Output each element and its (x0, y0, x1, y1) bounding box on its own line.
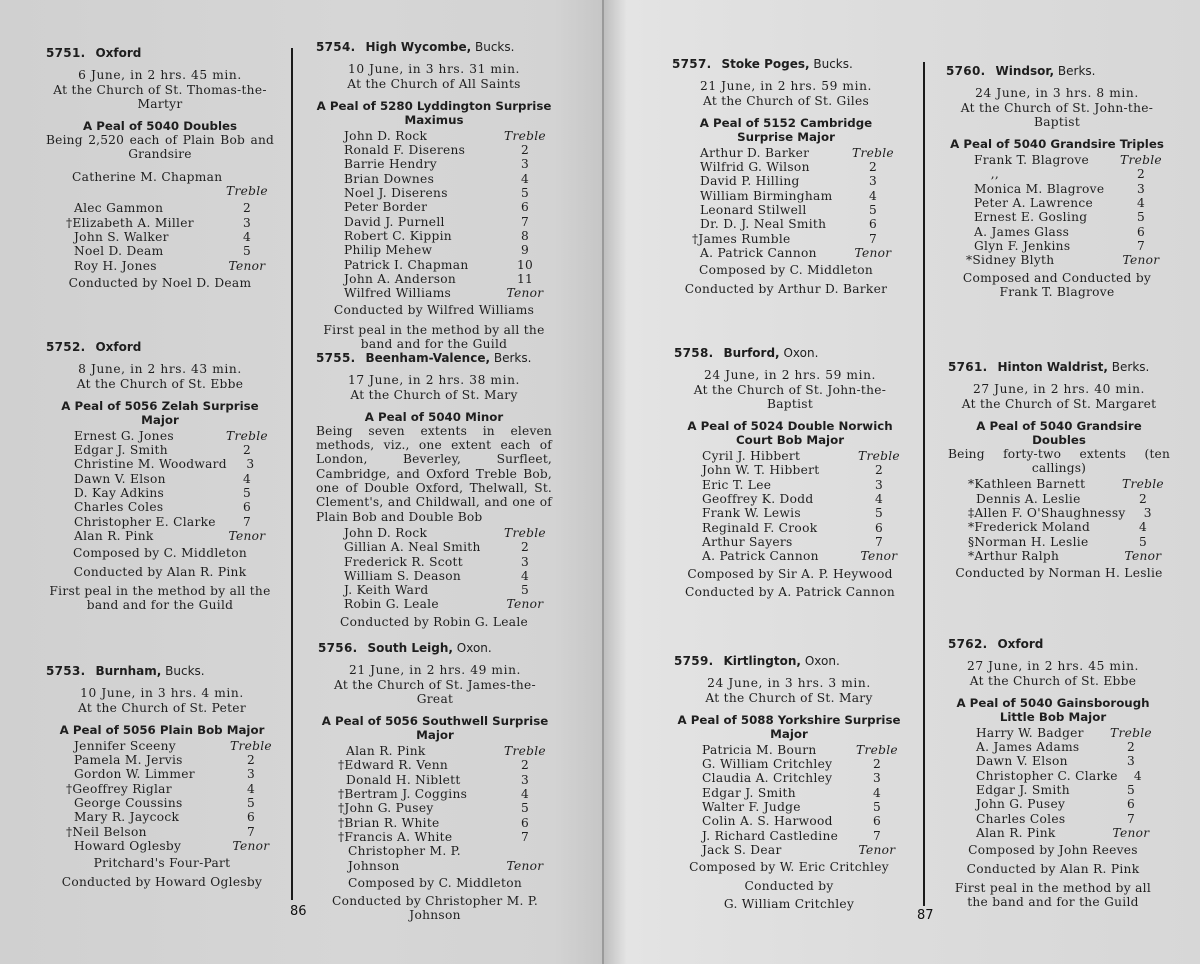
entry-header: 5760.Windsor, Berks. (946, 64, 1168, 78)
column-rule-left (291, 48, 293, 900)
bell-position: 2 (852, 463, 906, 477)
peal-date: 24 June, in 2 hrs. 59 min. (674, 368, 906, 382)
peal-place: Hinton Waldrist, (997, 360, 1107, 374)
peal-entry: 5754.High Wycombe, Bucks.10 June, in 3 h… (316, 40, 552, 351)
ringer-row: Pamela M. Jervis2 (46, 753, 278, 767)
bell-position: 5 (224, 796, 278, 810)
peal-number: 5762. (948, 637, 987, 651)
ringer-row: Noel D. Deam5 (46, 244, 274, 258)
peal-church: At the Church of All Saints (316, 77, 552, 91)
band-list: Ernest G. JonesTrebleEdgar J. Smith2Chri… (46, 429, 274, 543)
band-list: Catherine M. ChapmanTrebleAlec Gammon2†E… (46, 170, 274, 273)
ringer-row: Edgar J. Smith5 (948, 783, 1158, 797)
peal-title: A Peal of 5280 Lyddington Surprise Maxim… (316, 99, 552, 127)
ringer-name: David P. Hilling (700, 174, 800, 188)
ringer-name: †Neil Belson (66, 825, 147, 839)
ringer-row: Dr. D. J. Neal Smith6 (672, 217, 900, 231)
ringer-row: Harry W. BadgerTreble (948, 726, 1158, 740)
entry-header: 5753.Burnham, Bucks. (46, 664, 278, 678)
peal-note: Being 2,520 each of Plain Bob and Grands… (46, 133, 274, 162)
bell-position: 2 (220, 443, 274, 457)
ringer-row: Gordon W. Limmer3 (46, 767, 278, 781)
bell-position: Treble (498, 526, 552, 540)
peal-county: Bucks. (165, 664, 204, 678)
bell-position: 4 (498, 172, 552, 186)
ringer-row: †Elizabeth A. Miller3 (46, 216, 274, 230)
entry-header: 5759.Kirtlington, Oxon. (674, 654, 904, 668)
bell-position: Treble (850, 743, 904, 757)
ringer-row: Wilfred WilliamsTenor (316, 286, 552, 300)
page-number-left: 86 (290, 904, 307, 919)
ringer-row: Dennis A. Leslie2 (948, 492, 1170, 506)
ringer-row: †John G. Pusey5 (318, 801, 552, 815)
peal-footer-line: Conducted by Alan R. Pink (948, 862, 1158, 876)
peal-entry: 5762.Oxford 27 June, in 2 hrs. 45 min.At… (948, 637, 1158, 909)
bell-position: Tenor (1104, 826, 1158, 840)
ringer-name: Reginald F. Crook (702, 521, 817, 535)
bell-position: 2 (498, 143, 552, 157)
ringer-row: Roy H. JonesTenor (46, 259, 274, 273)
ringer-name: †Geoffrey Riglar (66, 782, 172, 796)
ringer-name: Peter Border (344, 200, 427, 214)
peal-church: At the Church of St. Thomas-the-Martyr (46, 83, 274, 112)
peal-county: Berks. (494, 351, 532, 365)
ringer-row: Dawn V. Elson3 (948, 754, 1158, 768)
ringer-name: Walter F. Judge (702, 800, 801, 814)
ringer-row: Patrick I. Chapman10 (316, 258, 552, 272)
ringer-name: Edgar J. Smith (702, 786, 796, 800)
ringer-row: Christine M. Woodward3 (46, 457, 274, 471)
bell-position: 4 (498, 569, 552, 583)
peal-place: Oxford (95, 340, 141, 354)
ringer-row: Edgar J. Smith4 (674, 786, 904, 800)
peal-footer-line: Composed by C. Middleton (46, 546, 274, 560)
ringer-name: †James Rumble (692, 232, 791, 246)
bell-position: 10 (498, 258, 552, 272)
ringer-row: Patricia M. BournTreble (674, 743, 904, 757)
ringer-row: Glyn F. Jenkins7 (946, 239, 1168, 253)
ringer-name: Jack S. Dear (702, 843, 782, 857)
ringer-row: †Bertram J. Coggins4 (318, 787, 552, 801)
ringer-name: Dawn V. Elson (976, 754, 1068, 768)
bell-position: 4 (224, 782, 278, 796)
bell-position: 2 (224, 753, 278, 767)
ringer-row: Alan R. PinkTreble (318, 744, 552, 758)
entry-header: 5755.Beenham-Valence, Berks. (316, 351, 552, 365)
ringer-name: D. Kay Adkins (74, 486, 164, 500)
peal-title: A Peal of 5056 Southwell Surprise Major (318, 714, 552, 742)
peal-place: Stoke Poges, (721, 57, 809, 71)
ringer-name: Ronald F. Diserens (344, 143, 465, 157)
peal-place: Burnham, (95, 664, 161, 678)
peal-footer-line: Composed by C. Middleton (318, 876, 552, 890)
bell-position: 6 (1114, 225, 1168, 239)
ringer-row: David P. Hilling3 (672, 174, 900, 188)
ringer-row: John D. RockTreble (316, 526, 552, 540)
ringer-row: Leonard Stilwell5 (672, 203, 900, 217)
ringer-row: Charles Coles7 (948, 812, 1158, 826)
bell-position: 2 (850, 757, 904, 771)
ringer-row: Geoffrey K. Dodd4 (674, 492, 906, 506)
bell-position: 3 (498, 555, 552, 569)
ringer-row: Edgar J. Smith2 (46, 443, 274, 457)
ringer-row: William Birmingham4 (672, 189, 900, 203)
ringer-name: Christopher C. Clarke (976, 769, 1118, 783)
ringer-row: Charles Coles6 (46, 500, 274, 514)
peal-footer-line: Composed by Sir A. P. Heywood (674, 567, 906, 581)
peal-number: 5752. (46, 340, 85, 354)
bell-position: 8 (498, 229, 552, 243)
page-number-right: 87 (917, 908, 934, 923)
ringer-name: Jennifer Sceeny (74, 739, 176, 753)
bell-position: 6 (852, 521, 906, 535)
ringer-name: Frederick R. Scott (344, 555, 463, 569)
entry-header: 5754.High Wycombe, Bucks. (316, 40, 552, 54)
ringer-row: Frank W. Lewis5 (674, 506, 906, 520)
ringer-row: †Francis A. White7 (318, 830, 552, 844)
ringer-name: George Coussins (74, 796, 183, 810)
bell-position: 5 (850, 800, 904, 814)
peal-number: 5761. (948, 360, 987, 374)
bell-position: 7 (498, 215, 552, 229)
ringer-name: John S. Walker (74, 230, 169, 244)
ringer-name: §Norman H. Leslie (968, 535, 1089, 549)
band-list: John D. RockTrebleGillian A. Neal Smith2… (316, 526, 552, 612)
ringer-row: Mary R. Jaycock6 (46, 810, 278, 824)
ringer-name: Edgar J. Smith (74, 443, 168, 457)
band-list: Cyril J. HibbertTrebleJohn W. T. Hibbert… (674, 449, 906, 563)
peal-number: 5756. (318, 641, 357, 655)
ringer-name: *Frederick Moland (968, 520, 1090, 534)
ringer-name: Ernest E. Gosling (974, 210, 1087, 224)
bell-position: Tenor (850, 843, 904, 857)
ringer-name: John G. Pusey (976, 797, 1065, 811)
bell-position: 7 (852, 535, 906, 549)
ringer-row: Barrie Hendry3 (316, 157, 552, 171)
peal-county: Berks. (1058, 64, 1096, 78)
ringer-name: Geoffrey K. Dodd (702, 492, 813, 506)
bell-position: Tenor (498, 286, 552, 300)
peal-date: 10 June, in 3 hrs. 31 min. (316, 62, 552, 76)
ringer-name: Arthur D. Barker (700, 146, 809, 160)
ringer-name: Dr. D. J. Neal Smith (700, 217, 826, 231)
ringer-row: Catherine M. Chapman (46, 170, 274, 184)
ringer-row: Dawn V. Elson4 (46, 472, 274, 486)
bell-position: 6 (846, 217, 900, 231)
ringer-name: Catherine M. Chapman (72, 170, 222, 184)
bell-position: Tenor (220, 529, 274, 543)
peal-entry: 5756.South Leigh, Oxon.21 June, in 2 hrs… (318, 641, 552, 923)
ringer-row: Walter F. Judge5 (674, 800, 904, 814)
ringer-row: Jennifer SceenyTreble (46, 739, 278, 753)
ringer-row: †Neil Belson7 (46, 825, 278, 839)
bell-position: 5 (846, 203, 900, 217)
ringer-row: †Brian R. White6 (318, 816, 552, 830)
ringer-name: A. Patrick Cannon (702, 549, 819, 563)
ringer-row: *Kathleen BarnettTreble (948, 477, 1170, 491)
peal-footer-line: First peal in the method by all the band… (46, 584, 274, 613)
ringer-name: John D. Rock (344, 526, 427, 540)
ringer-row: Alan R. PinkTenor (948, 826, 1158, 840)
band-list: Harry W. BadgerTrebleA. James Adams2Dawn… (948, 726, 1158, 840)
ringer-row: Claudia A. Critchley3 (674, 771, 904, 785)
bell-position: 3 (1114, 182, 1168, 196)
ringer-name: Peter A. Lawrence (974, 196, 1093, 210)
peal-title: A Peal of 5056 Plain Bob Major (46, 723, 278, 737)
bell-position: 4 (1114, 196, 1168, 210)
peal-place: South Leigh, (367, 641, 452, 655)
ringer-name: Robert C. Kippin (344, 229, 452, 243)
peal-place: Oxford (95, 46, 141, 60)
ringer-name: Brian Downes (344, 172, 434, 186)
ringer-row: A. Patrick CannonTenor (674, 549, 906, 563)
peal-entry: 5757.Stoke Poges, Bucks.21 June, in 2 hr… (672, 57, 900, 296)
ringer-name: †Edward R. Venn (338, 758, 448, 772)
peal-county: Berks. (1112, 360, 1150, 374)
bell-position: 5 (220, 486, 274, 500)
ringer-name: William Birmingham (700, 189, 832, 203)
bell-position: 4 (1118, 769, 1158, 783)
ringer-row: Frederick R. Scott3 (316, 555, 552, 569)
peal-county: Oxon. (805, 654, 840, 668)
ringer-name: Charles Coles (74, 500, 163, 514)
ringer-row: *Sidney BlythTenor (946, 253, 1168, 267)
peal-footer-line: Conducted by Christopher M. P. Johnson (318, 894, 552, 923)
peal-number: 5760. (946, 64, 985, 78)
peal-footer-line: Composed by C. Middleton (672, 263, 900, 277)
bell-position: 4 (220, 230, 274, 244)
ringer-name: John W. T. Hibbert (702, 463, 820, 477)
peal-entry: 5761.Hinton Waldrist, Berks.27 June, in … (948, 360, 1170, 581)
ringer-row: David J. Purnell7 (316, 215, 552, 229)
bell-position: 4 (1116, 520, 1170, 534)
peal-place: Kirtlington, (723, 654, 801, 668)
ringer-name: †Brian R. White (338, 816, 440, 830)
ringer-row: *Arthur RalphTenor (948, 549, 1170, 563)
peal-date: 27 June, in 2 hrs. 40 min. (948, 382, 1170, 396)
ringer-name: G. William Critchley (702, 757, 832, 771)
peal-date: 8 June, in 2 hrs. 43 min. (46, 362, 274, 376)
peal-church: At the Church of St. Ebbe (948, 674, 1158, 688)
ringer-row: †James Rumble7 (672, 232, 900, 246)
bell-position: 7 (846, 232, 900, 246)
peal-church: At the Church of St. John-the-Baptist (674, 383, 906, 412)
peal-title: A Peal of 5040 Minor (316, 410, 552, 424)
ringer-name: ‡Allen F. O'Shaughnessy (968, 506, 1126, 520)
ringer-row: Colin A. S. Harwood6 (674, 814, 904, 828)
bell-position: Tenor (498, 597, 552, 611)
peal-footer-line: First peal in the method by all the band… (316, 323, 552, 352)
ringer-name: Alan R. Pink (976, 826, 1056, 840)
ringer-row: Alan R. PinkTenor (46, 529, 274, 543)
ringer-row: Reginald F. Crook6 (674, 521, 906, 535)
ringer-row: Christopher M. P. JohnsonTenor (318, 844, 552, 873)
peal-date: 10 June, in 3 hrs. 4 min. (46, 686, 278, 700)
bell-position: 3 (224, 767, 278, 781)
ringer-name: Frank W. Lewis (702, 506, 801, 520)
peal-title: A Peal of 5040 Gainsborough Little Bob M… (948, 696, 1158, 724)
ringer-row: Alec Gammon2 (46, 201, 274, 215)
ringer-name: Cyril J. Hibbert (702, 449, 800, 463)
peal-title: A Peal of 5040 Grandsire Doubles (948, 419, 1170, 447)
ringer-name: Monica M. Blagrove (974, 182, 1104, 196)
bell-position: 2 (846, 160, 900, 174)
ringer-name: Patrick I. Chapman (344, 258, 469, 272)
peal-entry: 5755.Beenham-Valence, Berks.17 June, in … (316, 351, 552, 629)
ringer-row: Gillian A. Neal Smith2 (316, 540, 552, 554)
peal-footer-line: Conducted by (674, 879, 904, 893)
peal-place: Beenham-Valence, (365, 351, 490, 365)
ringer-name: *Arthur Ralph (968, 549, 1059, 563)
peal-entry: 5760.Windsor, Berks.24 June, in 3 hrs. 8… (946, 64, 1168, 299)
ringer-row: William S. Deason4 (316, 569, 552, 583)
ringer-name: Pamela M. Jervis (74, 753, 183, 767)
ringer-name: *Kathleen Barnett (968, 477, 1085, 491)
bell-position: 3 (498, 773, 552, 787)
ringer-name: Charles Coles (976, 812, 1065, 826)
ringer-row: G. William Critchley2 (674, 757, 904, 771)
ringer-name: William S. Deason (344, 569, 461, 583)
peal-number: 5751. (46, 46, 85, 60)
ringer-name: Alan R. Pink (346, 744, 426, 758)
peal-church: At the Church of St. Mary (316, 388, 552, 402)
bell-position: Tenor (846, 246, 900, 260)
peal-footer-line: Conducted by Wilfred Williams (316, 303, 552, 317)
bell-position: 7 (224, 825, 278, 839)
ringer-row: John A. Anderson11 (316, 272, 552, 286)
peal-date: 6 June, in 2 hrs. 45 min. (46, 68, 274, 82)
ringer-row: A. James Glass6 (946, 225, 1168, 239)
bell-position: 7 (850, 829, 904, 843)
bell-position: 6 (498, 200, 552, 214)
ringer-row: George Coussins5 (46, 796, 278, 810)
ringer-row: Jack S. DearTenor (674, 843, 904, 857)
ringer-name: ,, (974, 167, 999, 181)
ringer-name: John D. Rock (344, 129, 427, 143)
ringer-name: A. Patrick Cannon (700, 246, 817, 260)
bell-position: Treble (846, 146, 900, 160)
peal-church: At the Church of St. James-the-Great (318, 678, 552, 707)
peal-church: At the Church of St. Ebbe (46, 377, 274, 391)
ringer-name: Eric T. Lee (702, 478, 771, 492)
peal-church: At the Church of St. Giles (672, 94, 900, 108)
ringer-row: John D. RockTreble (316, 129, 552, 143)
bell-position: 3 (852, 478, 906, 492)
bell-position: 5 (498, 583, 552, 597)
peal-footer-line: Conducted by A. Patrick Cannon (674, 585, 906, 599)
ringer-name: Leonard Stilwell (700, 203, 807, 217)
ringer-name: Christine M. Woodward (74, 457, 227, 471)
bell-position: 4 (220, 472, 274, 486)
column-rule-right (923, 62, 925, 906)
ringer-row: Treble (46, 184, 274, 198)
ringer-row: Arthur D. BarkerTreble (672, 146, 900, 160)
ringer-row: ‡Allen F. O'Shaughnessy3 (948, 506, 1170, 520)
ringer-row: Christopher E. Clarke7 (46, 515, 274, 529)
ringer-name: Philip Mehew (344, 243, 432, 257)
ringer-name: Frank T. Blagrove (974, 153, 1089, 167)
peal-church: At the Church of St. Peter (46, 701, 278, 715)
ringer-row: Cyril J. HibbertTreble (674, 449, 906, 463)
ringer-name: David J. Purnell (344, 215, 445, 229)
peal-footer-line: Conducted by Norman H. Leslie (948, 566, 1170, 580)
bell-position: 6 (220, 500, 274, 514)
peal-place: Burford, (723, 346, 779, 360)
ringer-name: Dawn V. Elson (74, 472, 166, 486)
peal-title: A Peal of 5088 Yorkshire Surprise Major (674, 713, 904, 741)
peal-footer-line: First peal in the method by all the band… (948, 881, 1158, 910)
peal-footer-line: Composed by W. Eric Critchley (674, 860, 904, 874)
bell-position: Treble (224, 739, 278, 753)
bell-position: Tenor (1116, 549, 1170, 563)
peal-date: 24 June, in 3 hrs. 8 min. (946, 86, 1168, 100)
peal-note: Being seven extents in eleven methods, v… (316, 424, 552, 524)
peal-number: 5753. (46, 664, 85, 678)
bell-position: Tenor (224, 839, 278, 853)
bell-position: 6 (498, 816, 552, 830)
ringer-row: John W. T. Hibbert2 (674, 463, 906, 477)
ringer-name: Wilfrid G. Wilson (700, 160, 810, 174)
peal-footer-line: Pritchard's Four-Part (46, 856, 278, 870)
entry-header: 5751.Oxford (46, 46, 274, 60)
bell-position: 2 (1114, 167, 1168, 181)
entry-header: 5752.Oxford (46, 340, 274, 354)
bell-position: 9 (498, 243, 552, 257)
peal-entry: 5759.Kirtlington, Oxon.24 June, in 3 hrs… (674, 654, 904, 911)
bell-position: 7 (220, 515, 274, 529)
ringer-row: John G. Pusey6 (948, 797, 1158, 811)
peal-date: 27 June, in 2 hrs. 45 min. (948, 659, 1158, 673)
ringer-name: †Elizabeth A. Miller (66, 216, 194, 230)
peal-number: 5754. (316, 40, 355, 54)
bell-position: 4 (846, 189, 900, 203)
bell-position: 3 (846, 174, 900, 188)
ringer-name: Howard Oglesby (74, 839, 181, 853)
ringer-row: Howard OglesbyTenor (46, 839, 278, 853)
bell-position: Treble (852, 449, 906, 463)
band-list: Jennifer SceenyTreblePamela M. Jervis2Go… (46, 739, 278, 853)
ringer-row: Arthur Sayers7 (674, 535, 906, 549)
ringer-row: A. Patrick CannonTenor (672, 246, 900, 260)
ringer-name: Noel D. Deam (74, 244, 163, 258)
ringer-name: Wilfred Williams (344, 286, 451, 300)
ringer-name: Arthur Sayers (702, 535, 793, 549)
bell-position: Tenor (498, 859, 552, 873)
peal-number: 5759. (674, 654, 713, 668)
ringer-row: Brian Downes4 (316, 172, 552, 186)
book-gutter (602, 0, 604, 964)
ringer-row: J. Keith Ward5 (316, 583, 552, 597)
ringer-name: J. Keith Ward (344, 583, 428, 597)
peal-footer-line: Conducted by Robin G. Leale (316, 615, 552, 629)
peal-title: A Peal of 5056 Zelah Surprise Major (46, 399, 274, 427)
bell-position: 6 (224, 810, 278, 824)
ringer-row: Robert C. Kippin8 (316, 229, 552, 243)
bell-position: 11 (498, 272, 552, 286)
entry-header: 5758.Burford, Oxon. (674, 346, 906, 360)
ringer-name: Glyn F. Jenkins (974, 239, 1070, 253)
bell-position: 5 (1116, 535, 1170, 549)
ringer-row: §Norman H. Leslie5 (948, 535, 1170, 549)
band-list: Patricia M. BournTrebleG. William Critch… (674, 743, 904, 857)
ringer-row: Peter Border6 (316, 200, 552, 214)
bell-position: 2 (1104, 740, 1158, 754)
peal-entry: 5758.Burford, Oxon.24 June, in 2 hrs. 59… (674, 346, 906, 599)
peal-church: At the Church of St. Mary (674, 691, 904, 705)
bell-position: 2 (1116, 492, 1170, 506)
peal-date: 17 June, in 2 hrs. 38 min. (316, 373, 552, 387)
ringer-name: †Francis A. White (338, 830, 452, 844)
